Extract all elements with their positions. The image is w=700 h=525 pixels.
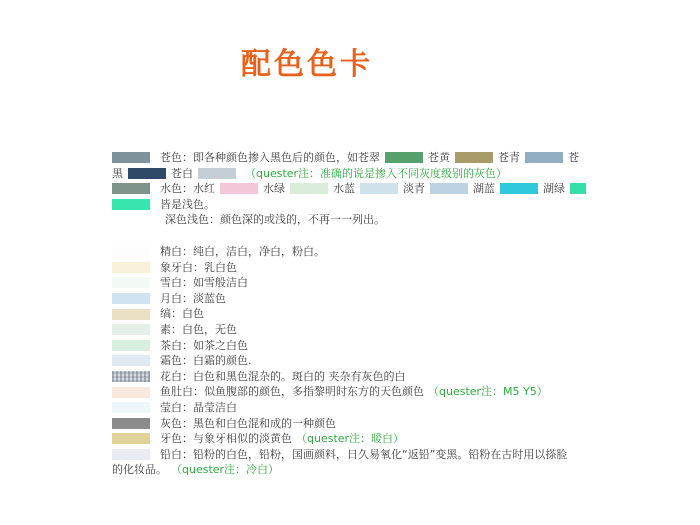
swatch-shuise: [112, 183, 150, 194]
line-text: 铅白：铅粉的白色，铅粉，国画颜料，日久易氧化“返铅”变黑。铅粉在古时用以搽脸: [160, 447, 567, 463]
swatch-cangqing: [525, 152, 563, 163]
quester-note: （quester注：M5 Y5）: [428, 384, 548, 400]
line-text: 深色浅色：颜色深的或浅的，不再一一列出。: [165, 212, 385, 228]
page-title: 配色色卡: [241, 48, 373, 82]
line-text: 水色：水红: [160, 181, 215, 197]
line-text: 霜色：白霜的颜色.: [160, 353, 252, 369]
swatch-shuangse: [112, 355, 150, 366]
line-text: 牙色：与象牙相似的淡黄色: [160, 431, 292, 447]
quester-note: （quester注：准确的说是掺入不同灰度级别的灰色）: [245, 166, 507, 182]
swatch-yase: [112, 433, 150, 444]
quester-note: （quester注：冷白）: [171, 462, 279, 478]
color-line: 灰色：黑色和白色混和成的一种颜色: [112, 416, 617, 432]
color-list: 苍色：即各种颜色掺入黑色后的颜色，如苍翠苍黄苍青苍黑苍白（quester注：准确…: [112, 150, 617, 478]
line-text: 皆是浅色。: [160, 197, 215, 213]
color-line: [112, 228, 617, 244]
swatch-canghuang: [455, 152, 493, 163]
line-text: 苍白: [171, 166, 193, 182]
line-text: 黑: [112, 166, 123, 182]
swatch-canghei: [128, 168, 166, 179]
line-text: 苍黄: [428, 150, 450, 166]
swatch-shuilan: [360, 183, 398, 194]
line-text: 苍青: [498, 150, 520, 166]
color-line: 精白：纯白，洁白，净白，粉白。: [112, 244, 617, 260]
color-line: 素：白色，无色: [112, 322, 617, 338]
swatch-hulv-2: [112, 199, 150, 210]
line-text: 素：白色，无色: [160, 322, 237, 338]
swatch-cangbai: [198, 168, 236, 179]
swatch-yingbai: [112, 402, 150, 413]
line-text: 花白：白色和黑色混杂的。斑白的 夹杂有灰色的白: [160, 369, 406, 385]
line-text: 精白：纯白，洁白，净白，粉白。: [160, 244, 325, 260]
swatch-huabai: [112, 371, 150, 382]
color-line: 鱼肚白：似鱼腹部的颜色，多指黎明时东方的天色颜色（quester注：M5 Y5）: [112, 384, 617, 400]
color-line: 茶白：如茶之白色: [112, 338, 617, 354]
color-line: 黑苍白（quester注：准确的说是掺入不同灰度级别的灰色）: [112, 166, 617, 182]
line-text: 苍色：即各种颜色掺入黑色后的颜色，如苍翠: [160, 150, 380, 166]
line-text: 灰色：黑色和白色混和成的一种颜色: [160, 416, 336, 432]
swatch-chabai: [112, 340, 150, 351]
color-line: 霜色：白霜的颜色.: [112, 353, 617, 369]
color-line: 花白：白色和黑色混杂的。斑白的 夹杂有灰色的白: [112, 369, 617, 385]
line-text: 湖蓝: [473, 181, 495, 197]
slide: 配色色卡 苍色：即各种颜色掺入黑色后的颜色，如苍翠苍黄苍青苍黑苍白（queste…: [0, 0, 700, 525]
line-text: 象牙白：乳白色: [160, 260, 237, 276]
swatch-cangse: [112, 152, 150, 163]
color-line: 水色：水红水绿水蓝淡青湖蓝湖绿: [112, 181, 617, 197]
swatch-jingbai: [112, 246, 150, 257]
line-text: 月白：淡蓝色: [160, 291, 226, 307]
line-text: 淡青: [403, 181, 425, 197]
swatch-xuebai: [112, 277, 150, 288]
color-line: 铅白：铅粉的白色，铅粉，国画颜料，日久易氧化“返铅”变黑。铅粉在古时用以搽脸: [112, 447, 617, 463]
color-line: 象牙白：乳白色: [112, 260, 617, 276]
swatch-cangcui: [385, 152, 423, 163]
swatch-shuihong: [220, 183, 258, 194]
swatch-huise: [112, 418, 150, 429]
line-text: 湖绿: [543, 181, 565, 197]
color-line: 雪白：如雪般洁白: [112, 275, 617, 291]
swatch-danqing: [430, 183, 468, 194]
color-line: 深色浅色：颜色深的或浅的，不再一一列出。: [112, 212, 617, 228]
line-text: 茶白：如茶之白色: [160, 338, 248, 354]
swatch-xiangyabai: [112, 262, 150, 273]
line-text: 雪白：如雪般洁白: [160, 275, 248, 291]
color-line: 苍色：即各种颜色掺入黑色后的颜色，如苍翠苍黄苍青苍: [112, 150, 617, 166]
swatch-hulan: [500, 183, 538, 194]
swatch-yudubai: [112, 387, 150, 398]
swatch-qianbai: [112, 449, 150, 460]
line-text: 水绿: [263, 181, 285, 197]
swatch-gao: [112, 309, 150, 320]
color-line: 月白：淡蓝色: [112, 291, 617, 307]
line-text: 缟：白色: [160, 306, 204, 322]
swatch-hulv: [570, 183, 586, 194]
line-text: 水蓝: [333, 181, 355, 197]
swatch-yuebai: [112, 293, 150, 304]
color-line: 皆是浅色。: [112, 197, 617, 213]
swatch-su: [112, 324, 150, 335]
color-line: 缟：白色: [112, 306, 617, 322]
color-line: 牙色：与象牙相似的淡黄色（quester注：暖白）: [112, 431, 617, 447]
color-line: 莹白：晶莹洁白: [112, 400, 617, 416]
quester-note: （quester注：暖白）: [296, 431, 404, 447]
line-text: 莹白：晶莹洁白: [160, 400, 237, 416]
line-text: 苍: [568, 150, 579, 166]
swatch-shuilv: [290, 183, 328, 194]
line-text: 鱼肚白：似鱼腹部的颜色，多指黎明时东方的天色颜色: [160, 384, 424, 400]
color-line: 的化妆品。（quester注：冷白）: [112, 462, 617, 478]
line-text: 的化妆品。: [112, 462, 167, 478]
